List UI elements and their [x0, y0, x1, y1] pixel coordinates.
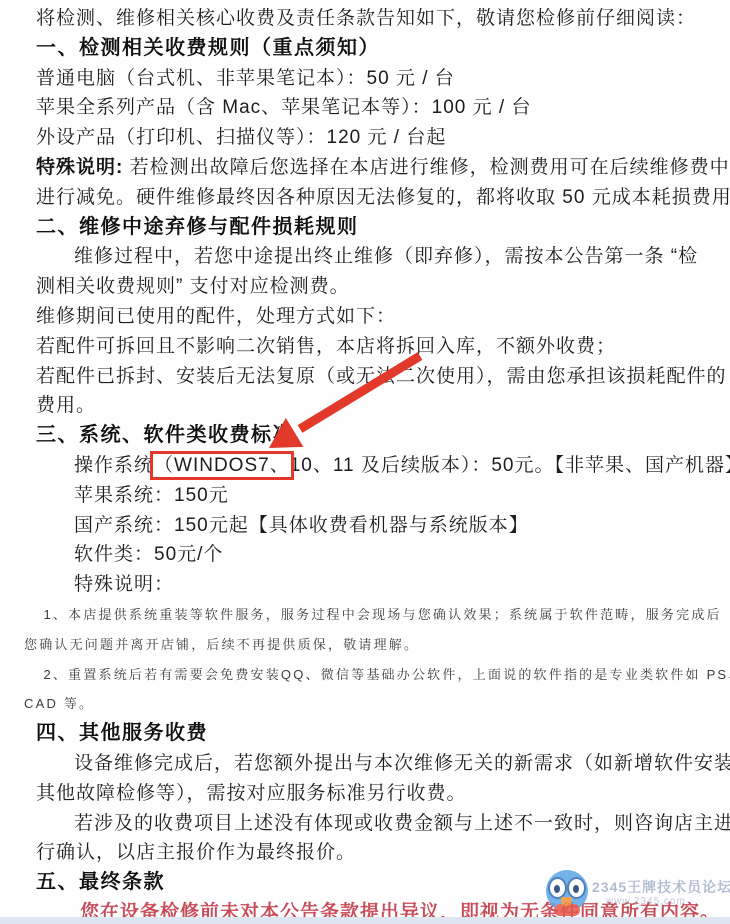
watermark-site-name: 2345王牌技术员论坛 — [592, 877, 730, 897]
document-body: 将检测、维修相关核心收费及责任条款告知如下，敬请您检修前仔细阅读： 一、检测相关… — [0, 0, 730, 924]
section4-heading: 四、其他服务收费 — [36, 719, 704, 749]
special-note-line-2: 进行减免。硬件维修最终因各种原因无法修复的，都将收取 50 元成本耗损费用。 — [36, 183, 704, 213]
section2-heading: 二、维修中途弃修与配件损耗规则 — [36, 213, 704, 243]
intro-line: 将检测、维修相关核心收费及责任条款告知如下，敬请您检修前仔细阅读： — [36, 4, 704, 34]
owl-right-eye — [567, 877, 586, 899]
repair-notice-document: 将检测、维修相关核心收费及责任条款告知如下，敬请您检修前仔细阅读： 一、检测相关… — [0, 0, 730, 924]
domestic-system-fee-line: 国产系统：150元起【具体收费看机器与系统版本】 — [36, 511, 704, 541]
os-fee-suffix: 10、11 及后续版本）：50元。【非苹果、国产机器】 — [290, 455, 730, 476]
special-note-label: 特殊说明: — [36, 157, 123, 178]
detect-fee-peripheral-line: 外设产品（打印机、扫描仪等）：120 元 / 台起 — [36, 123, 704, 153]
note2-line-2: CAD 等。 — [24, 689, 704, 719]
extra-service-line-1: 设备维修完成后，若您额外提出与本次维修无关的新需求（如新增软件安装、 — [36, 749, 704, 779]
section3-heading: 三、系统、软件类收费标准 — [36, 421, 704, 451]
detect-fee-apple-line: 苹果全系列产品（含 Mac、苹果笔记本等）：100 元 / 台 — [36, 93, 704, 123]
note1-line-2: 您确认无问题并离开店铺，后续不再提供质保，敬请理解。 — [24, 630, 704, 660]
owl-left-eye — [548, 877, 567, 899]
detect-fee-pc-line: 普通电脑（台式机、非苹果笔记本）：50 元 / 台 — [36, 64, 704, 94]
parts-unsealed-line-1: 若配件已拆封、安装后无法复原（或无法二次使用），需由您承担该损耗配件的 — [36, 362, 704, 392]
watermark: 2345王牌技术员论坛 www.2345.com — [546, 870, 730, 918]
bottom-strip — [0, 917, 730, 924]
note2-line-1: 2、重置系统后若有需要会免费安装QQ、微信等基础办公软件，上面说的软件指的是专业… — [24, 660, 704, 690]
abandon-repair-line-1: 维修过程中，若您中途提出终止维修（即弃修），需按本公告第一条 “检 — [36, 242, 704, 272]
owl-mascot-icon — [546, 870, 588, 912]
apple-system-fee-line: 苹果系统：150元 — [36, 481, 704, 511]
price-confirm-line-2: 行确认，以店主报价作为最终报价。 — [36, 838, 704, 868]
software-fee-line: 软件类：50元/个 — [36, 540, 704, 570]
os-fee-line: 操作系统（WINDOS7、10、11 及后续版本）：50元。【非苹果、国产机器】 — [36, 451, 704, 481]
os-fee-prefix: 操作系统 — [74, 455, 154, 476]
extra-service-line-2: 其他故障检修等），需按对应服务标准另行收费。 — [36, 779, 704, 809]
price-confirm-line-1: 若涉及的收费项目上述没有体现或收费金额与上述不一致时，则咨询店主进 — [36, 809, 704, 839]
special-note-line-1: 特殊说明: 若检测出故障后您选择在本店进行维修，检测费用可在后续维修费中 — [36, 153, 704, 183]
note1-line-1: 1、本店提供系统重装等软件服务，服务过程中会现场与您确认效果；系统属于软件范畴，… — [24, 600, 704, 630]
watermark-site-url: www.2345.com — [606, 896, 686, 907]
parts-used-intro-line: 维修期间已使用的配件，处理方式如下： — [36, 302, 704, 332]
section1-heading: 一、检测相关收费规则（重点须知） — [36, 34, 704, 64]
highlighted-os-text: （WINDOS7、 — [154, 455, 290, 476]
highlight-box: （WINDOS7、 — [154, 455, 290, 476]
special-note-heading: 特殊说明： — [36, 570, 704, 600]
owl-right-pupil — [573, 885, 579, 893]
owl-left-pupil — [554, 885, 560, 893]
parts-returnable-line: 若配件可拆回且不影响二次销售，本店将拆回入库，不额外收费； — [36, 332, 704, 362]
special-note-text: 若检测出故障后您选择在本店进行维修，检测费用可在后续维修费中 — [123, 157, 729, 178]
abandon-repair-line-2: 测相关收费规则” 支付对应检测费。 — [36, 272, 704, 302]
parts-unsealed-line-2: 费用。 — [36, 391, 704, 421]
